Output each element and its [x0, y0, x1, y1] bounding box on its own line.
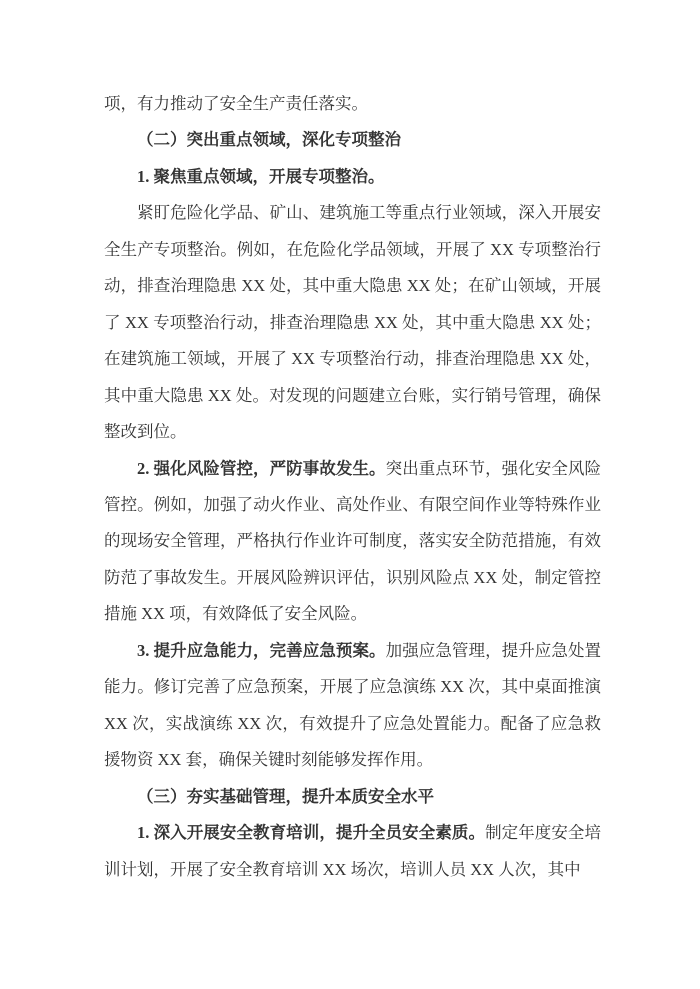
paragraph-lead: 3. 提升应急能力，完善应急预案。: [137, 641, 386, 660]
paragraph-body: 2. 强化风险管控，严防事故发生。突出重点环节，强化安全风险管控。例如，加强了动…: [104, 451, 601, 633]
section-heading-3: （三）夯实基础管理，提升本质安全水平: [104, 779, 601, 815]
section-heading-2: （二）突出重点领域，深化专项整治: [104, 122, 601, 158]
paragraph-body: 紧盯危险化学品、矿山、建筑施工等重点行业领域，深入开展安全生产专项整治。例如，在…: [104, 195, 601, 450]
paragraph-lead: 2. 强化风险管控，严防事故发生。: [137, 459, 386, 478]
paragraph-body: 1. 深入开展安全教育培训，提升全员安全素质。制定年度安全培训计划，开展了安全教…: [104, 815, 601, 888]
document-content: 项，有力推动了安全生产责任落实。 （二）突出重点领域，深化专项整治 1. 聚焦重…: [104, 86, 601, 888]
paragraph-body: 3. 提升应急能力，完善应急预案。加强应急管理，提升应急处置能力。修订完善了应急…: [104, 633, 601, 779]
paragraph-lead: 1. 深入开展安全教育培训，提升全员安全素质。: [137, 823, 485, 842]
paragraph-text: 突出重点环节，强化安全风险管控。例如，加强了动火作业、高处作业、有限空间作业等特…: [104, 459, 601, 624]
paragraph-text: 加强应急管理，提升应急处置能力。修订完善了应急预案，开展了应急演练 XX 次，其…: [104, 641, 601, 769]
sub-heading-1: 1. 聚焦重点领域，开展专项整治。: [104, 159, 601, 195]
document-page: 项，有力推动了安全生产责任落实。 （二）突出重点领域，深化专项整治 1. 聚焦重…: [0, 0, 700, 989]
paragraph-continuation: 项，有力推动了安全生产责任落实。: [104, 86, 601, 122]
